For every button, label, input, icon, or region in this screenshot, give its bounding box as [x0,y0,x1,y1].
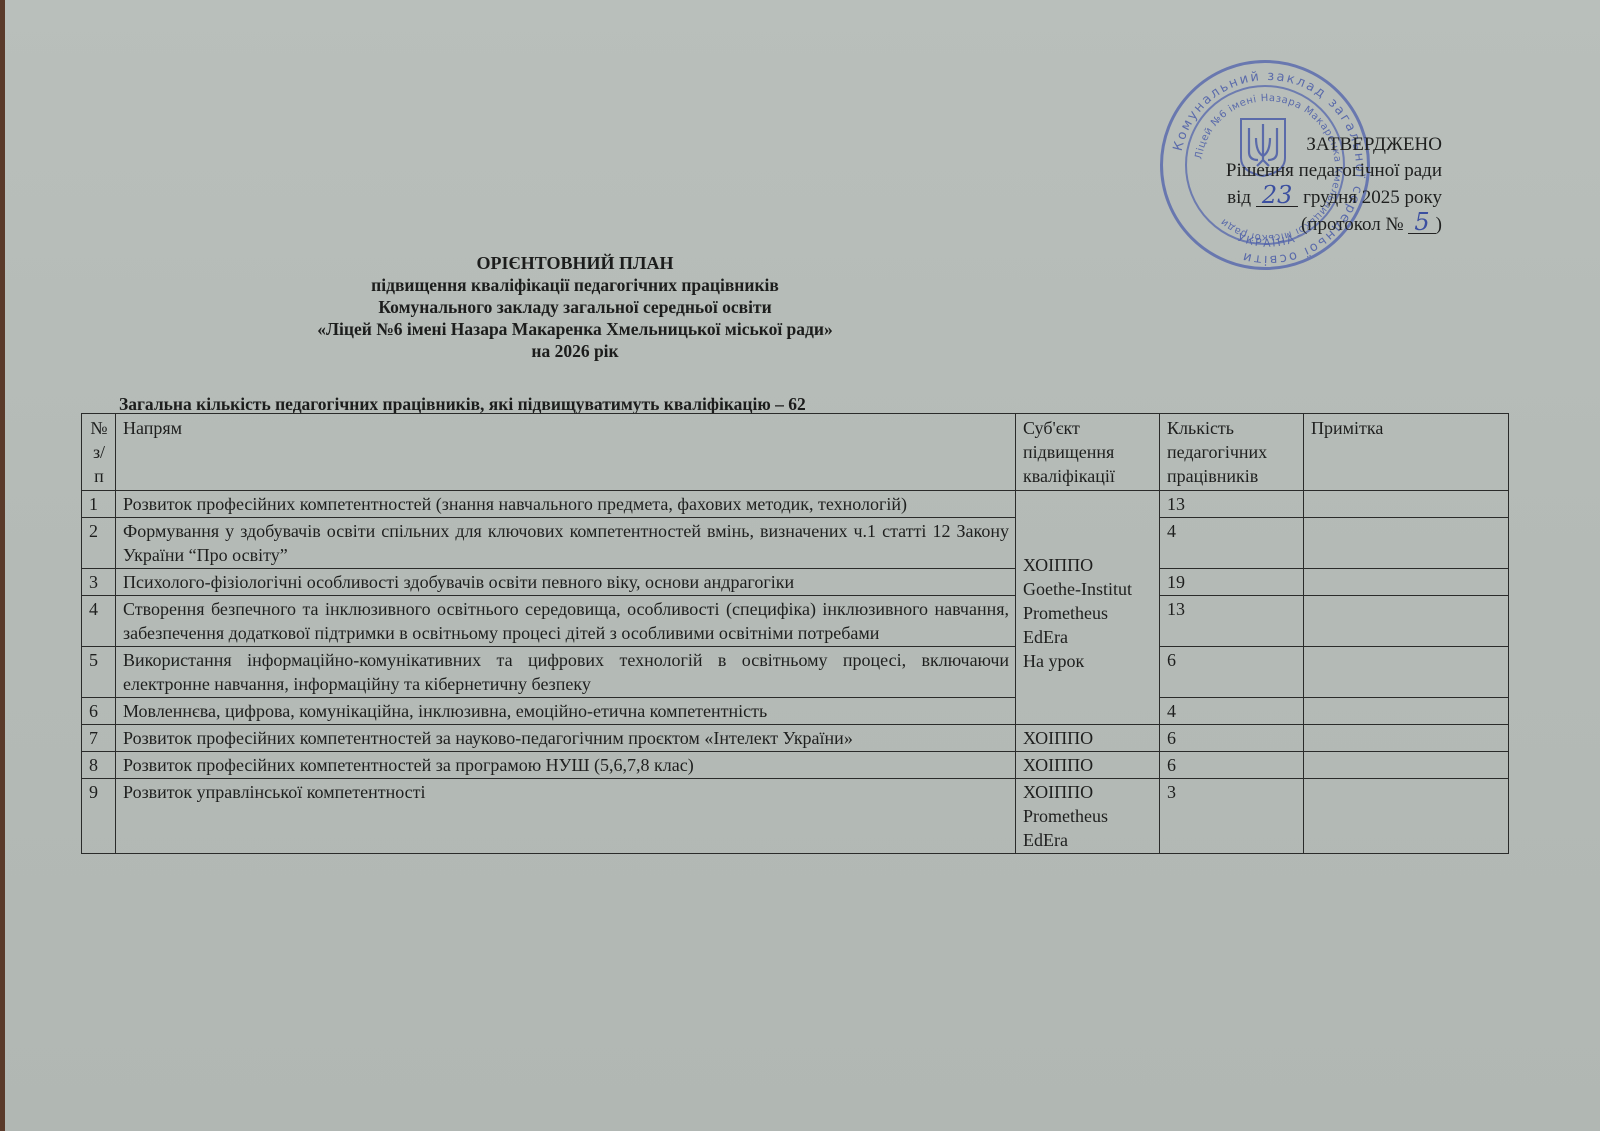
row-count: 3 [1160,779,1304,854]
table-row: 5 Використання інформаційно-комунікативн… [82,647,1509,698]
row-number: 1 [82,491,116,518]
row-subject: ХОІППО Prometheus EdEra [1016,779,1160,854]
row-note [1304,752,1509,779]
row-note [1304,779,1509,854]
row-number: 2 [82,518,116,569]
row-count: 6 [1160,752,1304,779]
document-title-block: ОРІЄНТОВНИЙ ПЛАН підвищення кваліфікації… [5,252,1600,362]
column-header-direction: Напрям [116,414,1016,491]
approval-protocol: (протокол № 5) [1226,211,1442,238]
document-page: Комунальний заклад загальної середньої о… [5,0,1600,1131]
row-count: 13 [1160,596,1304,647]
row-direction: Розвиток професійних компетентностей (зн… [116,491,1016,518]
row-number: 5 [82,647,116,698]
document-title: ОРІЄНТОВНИЙ ПЛАН [0,252,1375,274]
row-number: 9 [82,779,116,854]
row-number: 8 [82,752,116,779]
table-row: 7 Розвиток професійних компетентностей з… [82,725,1509,752]
merged-subject-cell: ХОІППО Goethe-Institut Prometheus EdEra … [1016,491,1160,725]
row-direction: Створення безпечного та інклюзивного осв… [116,596,1016,647]
handwritten-day: 23 [1256,184,1299,207]
table-header-row: № з/п Напрям Суб'єкт підвищення кваліфік… [82,414,1509,491]
row-direction: Розвиток управлінської компетентності [116,779,1016,854]
row-direction: Використання інформаційно-комунікативних… [116,647,1016,698]
row-note [1304,518,1509,569]
qualification-plan-table: № з/п Напрям Суб'єкт підвищення кваліфік… [81,413,1509,854]
title-line-4: «Ліцей №6 імені Назара Макаренка Хмельни… [0,318,1375,340]
row-direction: Психолого-фізіологічні особливості здобу… [116,569,1016,596]
row-note [1304,569,1509,596]
row-subject: ХОІППО [1016,725,1160,752]
approval-title: ЗАТВЕРДЖЕНО [1226,132,1442,158]
total-teachers-line: Загальна кількість педагогічних працівни… [119,394,806,415]
row-direction: Розвиток професійних компетентностей за … [116,725,1016,752]
row-count: 13 [1160,491,1304,518]
handwritten-protocol-number: 5 [1408,211,1435,234]
table-row: 4 Створення безпечного та інклюзивного о… [82,596,1509,647]
title-line-5: на 2026 рік [0,340,1375,362]
column-header-number: № з/п [82,414,116,491]
row-direction: Формування у здобувачів освіти спільних … [116,518,1016,569]
approval-block: ЗАТВЕРДЖЕНО Рішення педагогічної ради ві… [1226,132,1442,238]
row-number: 4 [82,596,116,647]
table-row: 3 Психолого-фізіологічні особливості здо… [82,569,1509,596]
row-count: 6 [1160,725,1304,752]
row-note [1304,698,1509,725]
row-note [1304,647,1509,698]
approval-date: від 23 грудня 2025 року [1226,184,1442,211]
table-row: 6 Мовленнєва, цифрова, комунікаційна, ін… [82,698,1509,725]
row-note [1304,596,1509,647]
row-number: 3 [82,569,116,596]
column-header-note: Примітка [1304,414,1509,491]
column-header-subject: Суб'єкт підвищення кваліфікації [1016,414,1160,491]
row-count: 4 [1160,518,1304,569]
row-note [1304,491,1509,518]
table-row: 9 Розвиток управлінської компетентності … [82,779,1509,854]
column-header-count: Клькість педагогічних працівників [1160,414,1304,491]
table-row: 2 Формування у здобувачів освіти спільни… [82,518,1509,569]
approval-decision: Рішення педагогічної ради [1226,158,1442,184]
row-count: 19 [1160,569,1304,596]
row-direction: Мовленнєва, цифрова, комунікаційна, інкл… [116,698,1016,725]
row-number: 6 [82,698,116,725]
table-row: 8 Розвиток професійних компетентностей з… [82,752,1509,779]
row-note [1304,725,1509,752]
row-count: 6 [1160,647,1304,698]
title-line-2: підвищення кваліфікації педагогічних пра… [0,274,1375,296]
row-number: 7 [82,725,116,752]
row-count: 4 [1160,698,1304,725]
title-line-3: Комунального закладу загальної середньої… [0,296,1375,318]
table-row: 1 Розвиток професійних компетентностей (… [82,491,1509,518]
row-direction: Розвиток професійних компетентностей за … [116,752,1016,779]
row-subject: ХОІППО [1016,752,1160,779]
